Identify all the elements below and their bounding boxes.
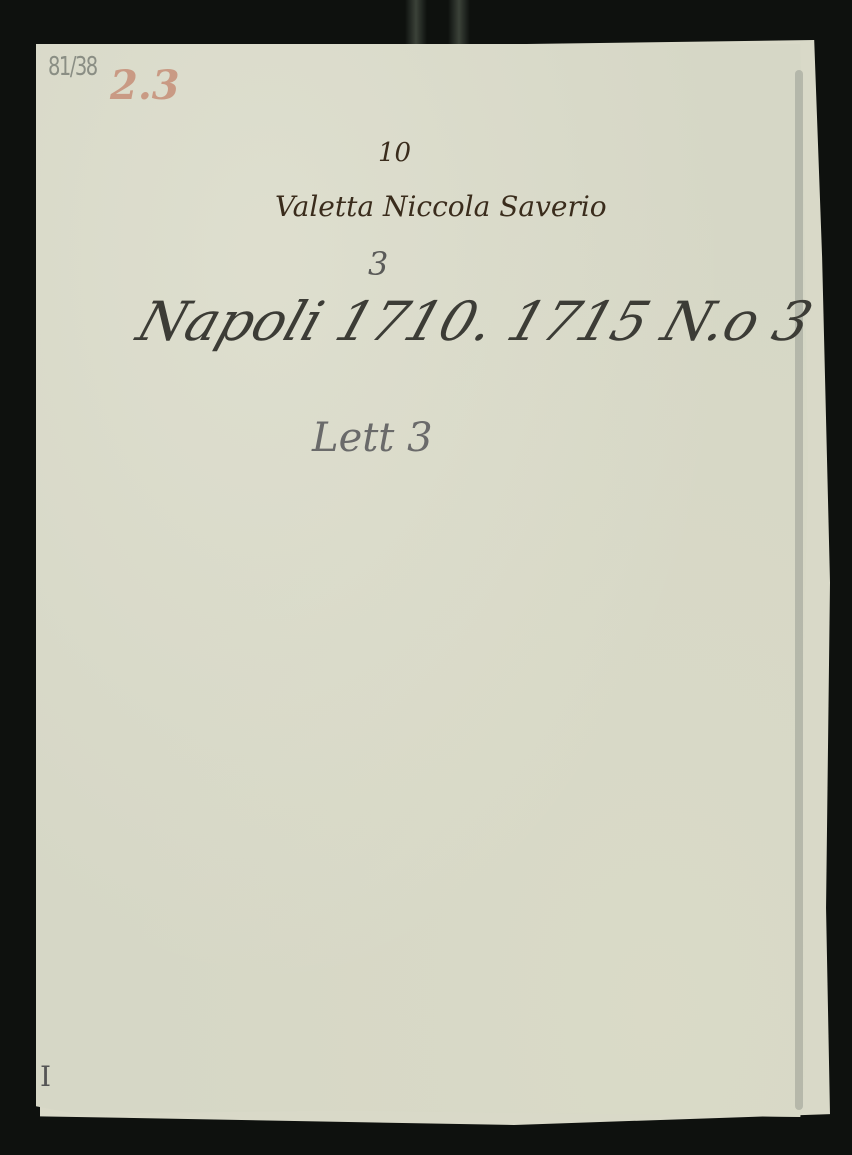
inventory-number: 81/38 bbox=[48, 52, 97, 82]
person-name: Valetta Niccola Saverio bbox=[275, 190, 607, 223]
binder-spine bbox=[448, 0, 470, 50]
bottom-mark: I bbox=[40, 1060, 51, 1093]
binder-spine bbox=[405, 0, 427, 50]
place-and-dates: Napoli 1710. 1715 N.o 3 bbox=[130, 290, 820, 353]
item-number: 10 bbox=[378, 138, 411, 168]
paper-fold-edge bbox=[795, 70, 803, 1110]
letters-note: Lett 3 bbox=[312, 415, 433, 461]
volume-mark: 3 bbox=[368, 245, 388, 283]
red-pencil-mark: 2.3 bbox=[110, 62, 180, 109]
